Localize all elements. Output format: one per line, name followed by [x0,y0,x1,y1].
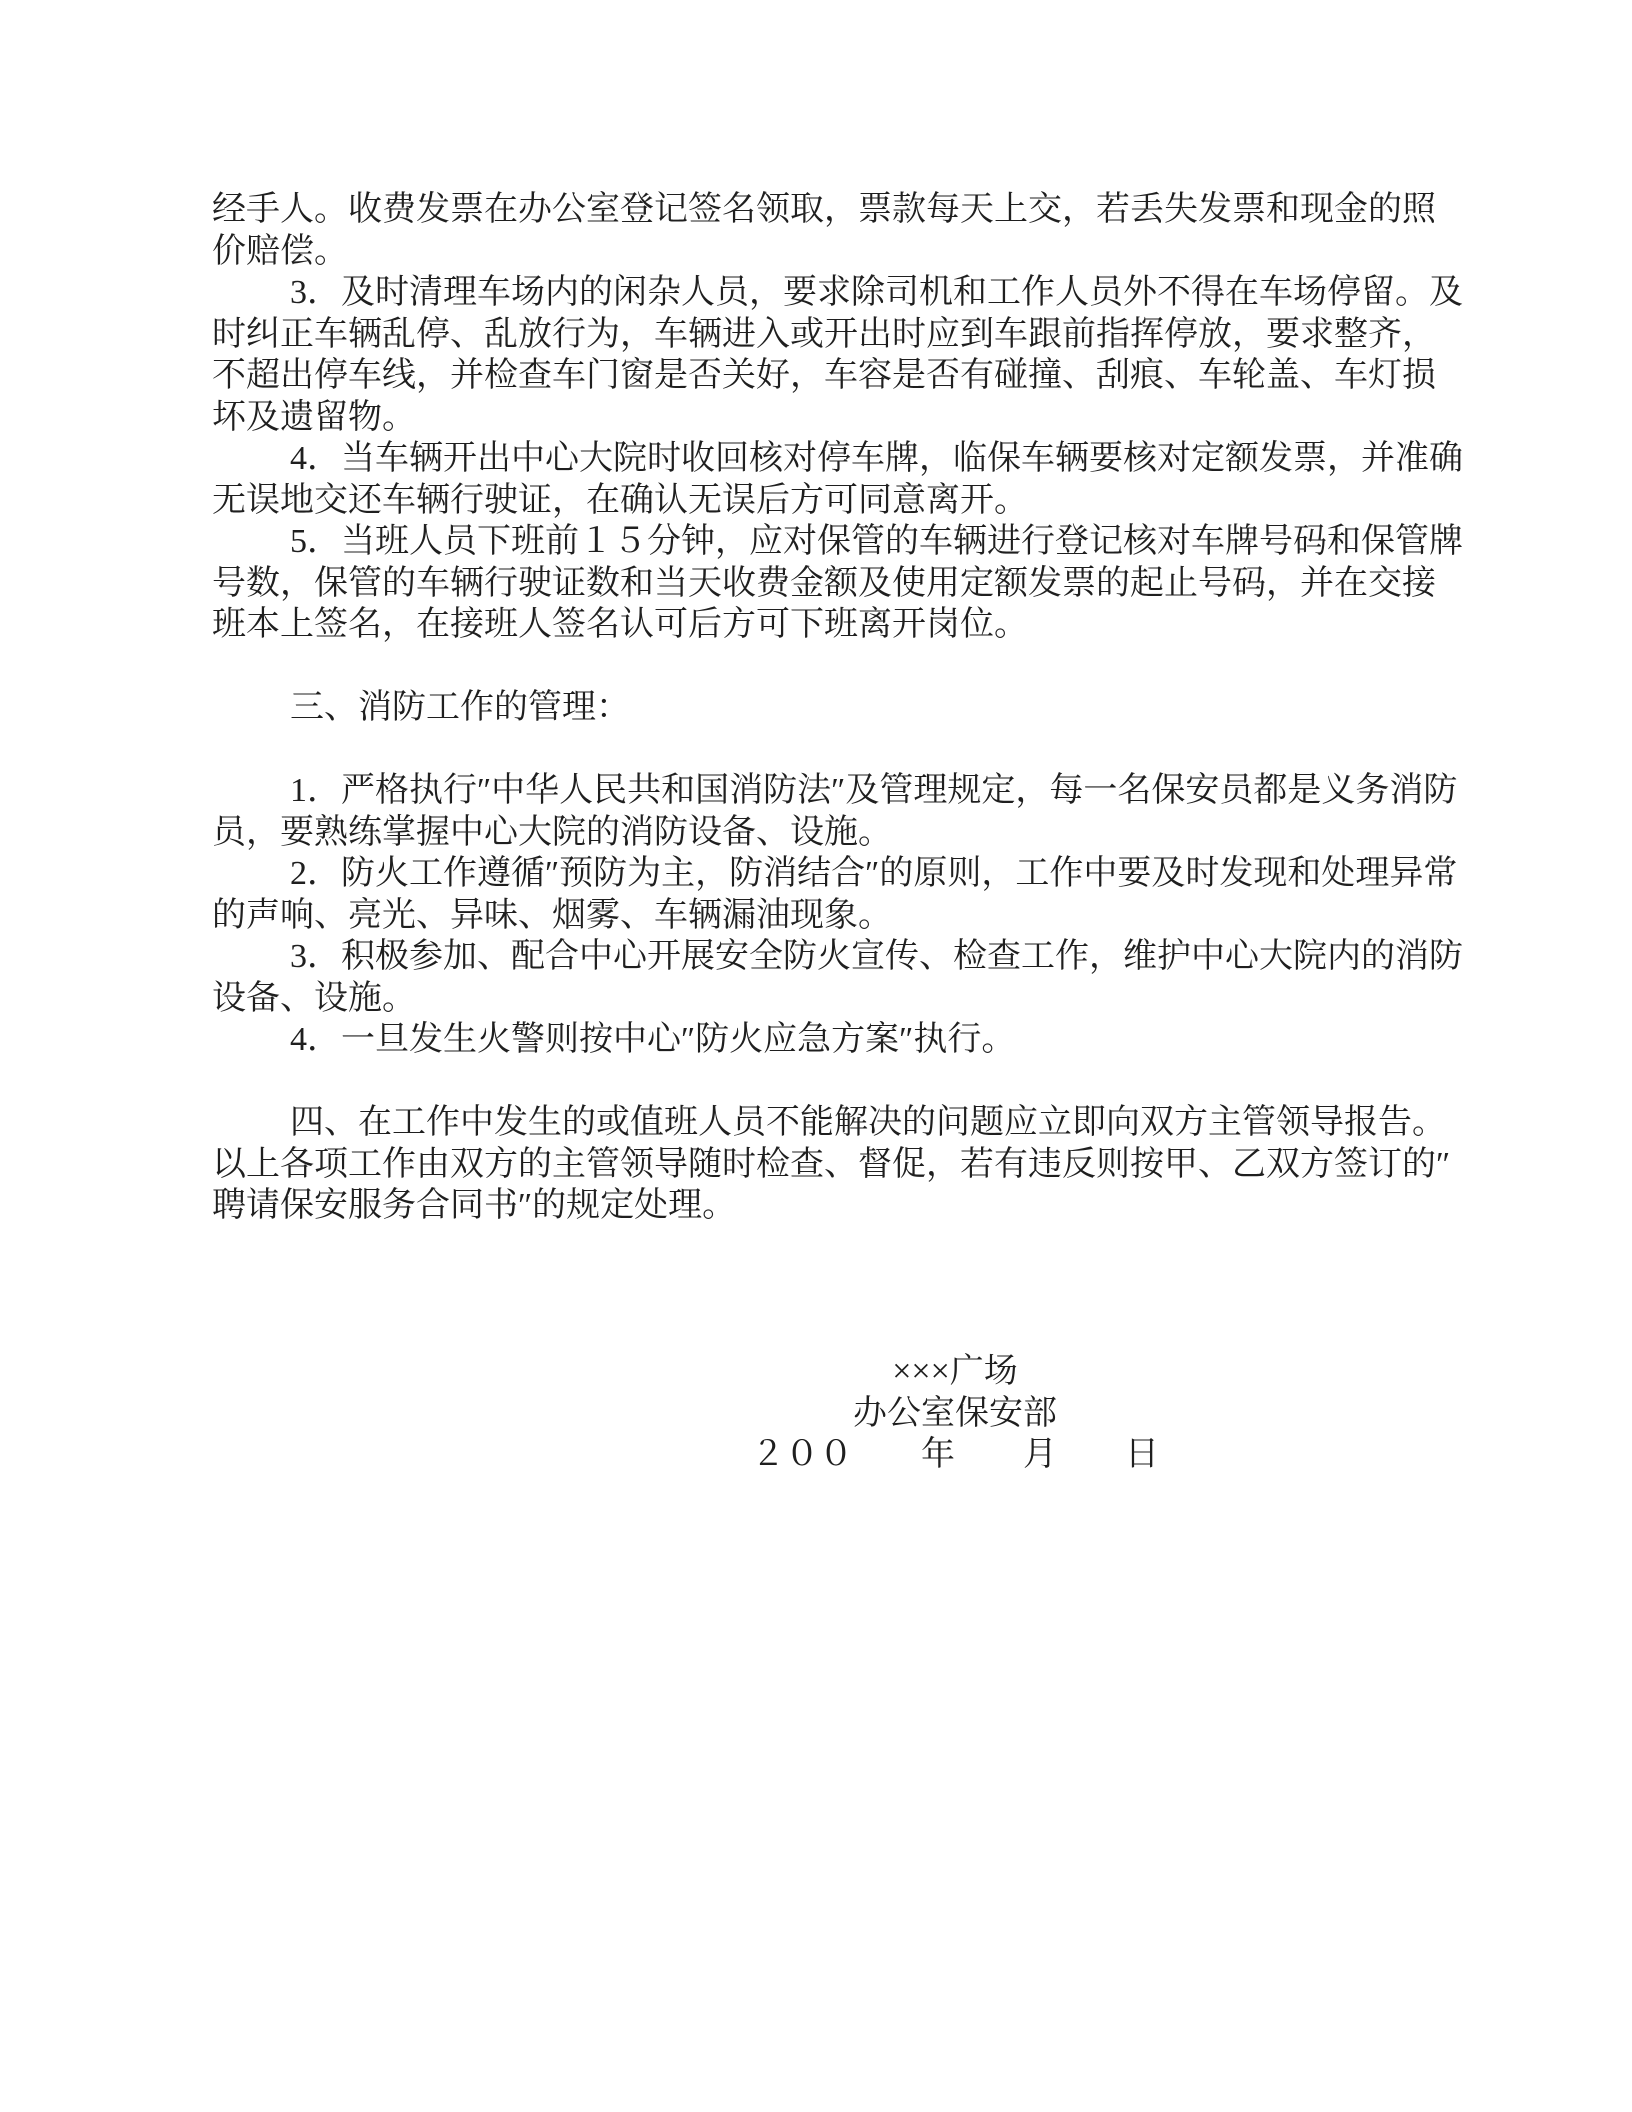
signature-date-line: ２００ 年 月 日 [665,1434,1245,1476]
body-line: 的声响、亮光、异味、烟雾、车辆漏油现象。 [212,895,1442,937]
signature-org-line: ×××广场 [665,1351,1245,1393]
body-line: 4．当车辆开出中心大院时收回核对停车牌，临保车辆要核对定额发票，并准确 [212,438,1442,480]
body-line: 不超出停车线，并检查车门窗是否关好，车容是否有碰撞、刮痕、车轮盖、车灯损 [212,355,1442,397]
document-page: 经手人。收费发票在办公室登记签名领取，票款每天上交，若丢失发票和现金的照价赔偿。… [0,0,1632,2112]
body-line: 设备、设施。 [212,978,1442,1020]
blank-line [212,646,1442,688]
body-line: 时纠正车辆乱停、乱放行为，车辆进入或开出时应到车跟前指挥停放，要求整齐， [212,314,1442,356]
body-line: 3．积极参加、配合中心开展安全防火宣传、检查工作，维护中心大院内的消防 [212,936,1442,978]
body-line: 号数，保管的车辆行驶证数和当天收费金额及使用定额发票的起止号码，并在交接 [212,563,1442,605]
body-line: 3．及时清理车场内的闲杂人员，要求除司机和工作人员外不得在车场停留。及 [212,272,1442,314]
body-line: 经手人。收费发票在办公室登记签名领取，票款每天上交，若丢失发票和现金的照 [212,189,1442,231]
body-line: 无误地交还车辆行驶证，在确认无误后方可同意离开。 [212,480,1442,522]
blank-line [212,1227,1442,1269]
body-line: 价赔偿。 [212,231,1442,273]
body-line: 4．一旦发生火警则按中心″防火应急方案″执行。 [212,1019,1442,1061]
signature-dept-line: 办公室保安部 [665,1393,1245,1435]
body-line: 5．当班人员下班前１５分钟，应对保管的车辆进行登记核对车牌号码和保管牌 [212,521,1442,563]
blank-line [212,1061,1442,1103]
section-heading: 三、消防工作的管理： [212,687,1442,729]
body-line: 坏及遗留物。 [212,397,1442,439]
body-line: 1．严格执行″中华人民共和国消防法″及管理规定，每一名保安员都是义务消防 [212,770,1442,812]
body-line: 2．防火工作遵循″预防为主，防消结合″的原则，工作中要及时发现和处理异常 [212,853,1442,895]
body-line: 员，要熟练掌握中心大院的消防设备、设施。 [212,812,1442,854]
body-line: 以上各项工作由双方的主管领导随时检查、督促，若有违反则按甲、乙双方签订的″ [212,1144,1442,1186]
blank-line [212,729,1442,771]
document-body: 经手人。收费发票在办公室登记签名领取，票款每天上交，若丢失发票和现金的照价赔偿。… [212,189,1442,1476]
section-heading: 四、在工作中发生的或值班人员不能解决的问题应立即向双方主管领导报告。 [212,1102,1442,1144]
blank-line [212,1310,1442,1352]
blank-line [212,1268,1442,1310]
body-line: 聘请保安服务合同书″的规定处理。 [212,1185,1442,1227]
body-line: 班本上签名，在接班人签名认可后方可下班离开岗位。 [212,604,1442,646]
